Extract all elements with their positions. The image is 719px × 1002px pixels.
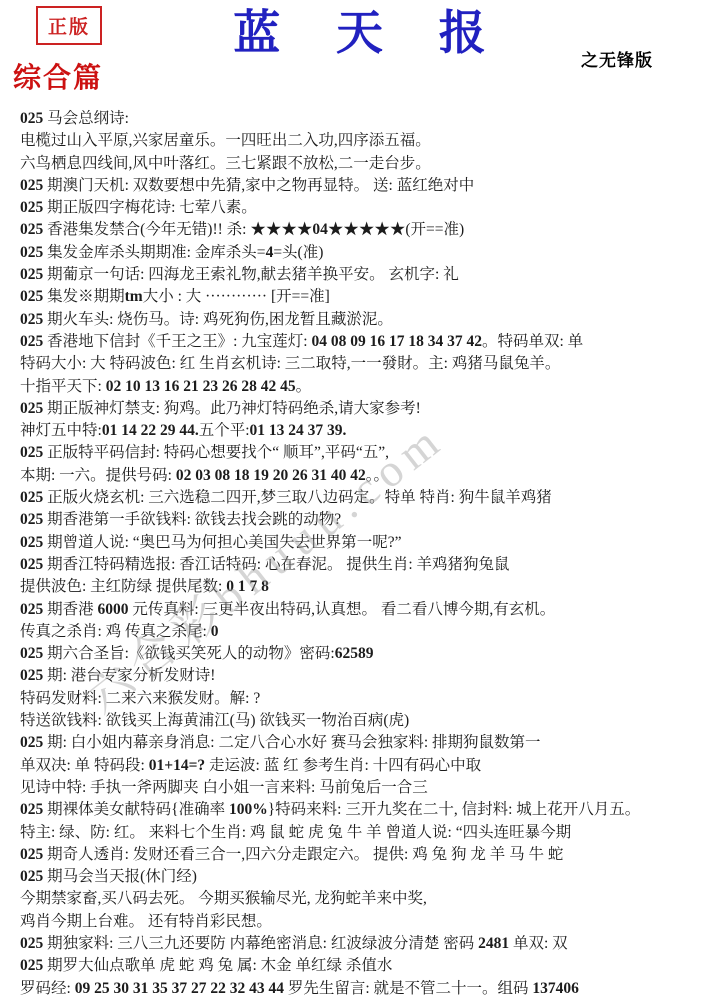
text-line: 025 期: 白小姐内幕亲身消息: 二定八合心水好 赛马会独家料: 排期狗鼠数第… <box>20 732 715 754</box>
text-line: 025 期裸体美女献特码{准确率 100%}特码来料: 三开九奖在二十, 信封料… <box>20 799 715 821</box>
text-line: 提供波色: 主红防绿 提供尾数: 0 1 7 8 <box>20 576 715 598</box>
text-line: 传真之杀肖: 鸡 传真之杀尾: 0 <box>20 621 715 643</box>
edition-label: 之无锋版 <box>581 46 653 71</box>
text-line: 025 期正版四字梅花诗: 七荤八素。 <box>20 197 715 219</box>
text-line: 特送欲钱料: 欲钱买上海黄浦江(马) 欲钱买一物治百病(虎) <box>20 710 715 732</box>
text-line: 六鸟栖息四线间,风中叶落红。三七紧跟不放松,二一走台步。 <box>20 153 715 175</box>
text-line: 025 香港集发禁合(今年无错)!! 杀: ★★★★04★★★★★(开==准) <box>20 219 715 241</box>
text-line: 025 期罗大仙点歌单 虎 蛇 鸡 兔 属: 木金 单红绿 杀值水 <box>20 955 715 977</box>
text-line: 电榄过山入平原,兴家居童乐。一四旺出二入功,四序添五福。 <box>20 130 715 152</box>
text-line: 025 期独家料: 三八三九还要防 内幕绝密消息: 红波绿波分清楚 密码 248… <box>20 933 715 955</box>
text-line: 025 期香港 6000 元传真料: 三更半夜出特码,认真想。 看二看八博今期,… <box>20 599 715 621</box>
text-line: 见诗中特: 手执一斧两脚夹 白小姐一言来料: 马前兔后一合三 <box>20 777 715 799</box>
text-line: 025 期六合圣旨:《欲钱买笑死人的动物》密码:62589 <box>20 643 715 665</box>
section-title: 综合篇 <box>13 56 103 96</box>
text-line: 025 期: 港台专家分析发财诗! <box>20 665 715 687</box>
text-line: 罗码经: 09 25 30 31 35 37 27 22 32 43 44 罗先… <box>20 978 715 1000</box>
text-line: 特码发财料: 二来六来猴发财。解: ? <box>20 688 715 710</box>
content-lines: 025 马会总纲诗:电榄过山入平原,兴家居童乐。一四旺出二入功,四序添五福。六鸟… <box>20 108 715 1000</box>
text-line: 025 期澳门天机: 双数要想中先猜,家中之物再显特。 送: 蓝红绝对中 <box>20 175 715 197</box>
text-line: 025 香港地下信封《千王之王》: 九宝莲灯: 04 08 09 16 17 1… <box>20 331 715 353</box>
text-line: 本期: 一六。提供号码: 02 03 08 18 19 20 26 31 40 … <box>20 465 715 487</box>
text-line: 025 期马会当天报(休门经) <box>20 866 715 888</box>
text-line: 鸡肖今期上台难。 还有特肖彩民想。 <box>20 911 715 933</box>
text-line: 025 期香港第一手欲钱料: 欲钱去找会跳的动物? <box>20 509 715 531</box>
text-line: 十指平天下: 02 10 13 16 21 23 26 28 42 45。 <box>20 376 715 398</box>
text-line: 025 期奇人透肖: 发财还看三合一,四六分走跟定六。 提供: 鸡 兔 狗 龙 … <box>20 844 715 866</box>
text-line: 025 期香江特码精选报: 香江话特码: 心在春泥。 提供生肖: 羊鸡猪狗兔鼠 <box>20 554 715 576</box>
text-line: 今期禁家畜,买八码去死。 今期买猴输尽光, 龙狗蛇羊来中奖, <box>20 888 715 910</box>
text-line: 025 期正版神灯禁支: 狗鸡。此乃神灯特码绝杀,请大家参考! <box>20 398 715 420</box>
text-line: 025 正版火烧玄机: 三六选稳二四开,梦三取八边码定。特单 特肖: 狗牛鼠羊鸡… <box>20 487 715 509</box>
text-line: 神灯五中特:01 14 22 29 44.五个平:01 13 24 37 39. <box>20 420 715 442</box>
newspaper-page: 正版 蓝 天 报 之无锋版 综合篇 六合彩bhuuu.com 025 马会总纲诗… <box>0 0 719 1002</box>
text-line: 025 集发※期期tm大小 : 大 ············ [开==准] <box>20 286 715 308</box>
text-line: 025 正版特平码信封: 特码心想要找个“ 顺耳”,平码“五”, <box>20 442 715 464</box>
text-line: 单双决: 单 特码段: 01+14=? 走运波: 蓝 红 参考生肖: 十四有码心… <box>20 755 715 777</box>
text-line: 025 期曾道人说: “奥巴马为何担心美国失去世界第一呢?” <box>20 532 715 554</box>
text-line: 025 期葡京一句话: 四海龙王索礼物,献去猪羊换平安。 玄机字: 礼 <box>20 264 715 286</box>
text-line: 特主: 绿、防: 红。 来料七个生肖: 鸡 鼠 蛇 虎 兔 牛 羊 曾道人说: … <box>20 822 715 844</box>
text-line: 025 期火车头: 烧伤马。诗: 鸡死狗伤,困龙暂且藏淤泥。 <box>20 309 715 331</box>
text-line: 特码大小: 大 特码波色: 红 生肖玄机诗: 三二取特,一一發財。主: 鸡猪马鼠… <box>20 353 715 375</box>
text-line: 025 集发金库杀头期期准: 金库杀头=4=头(准) <box>20 242 715 264</box>
text-line: 025 马会总纲诗: <box>20 108 715 130</box>
